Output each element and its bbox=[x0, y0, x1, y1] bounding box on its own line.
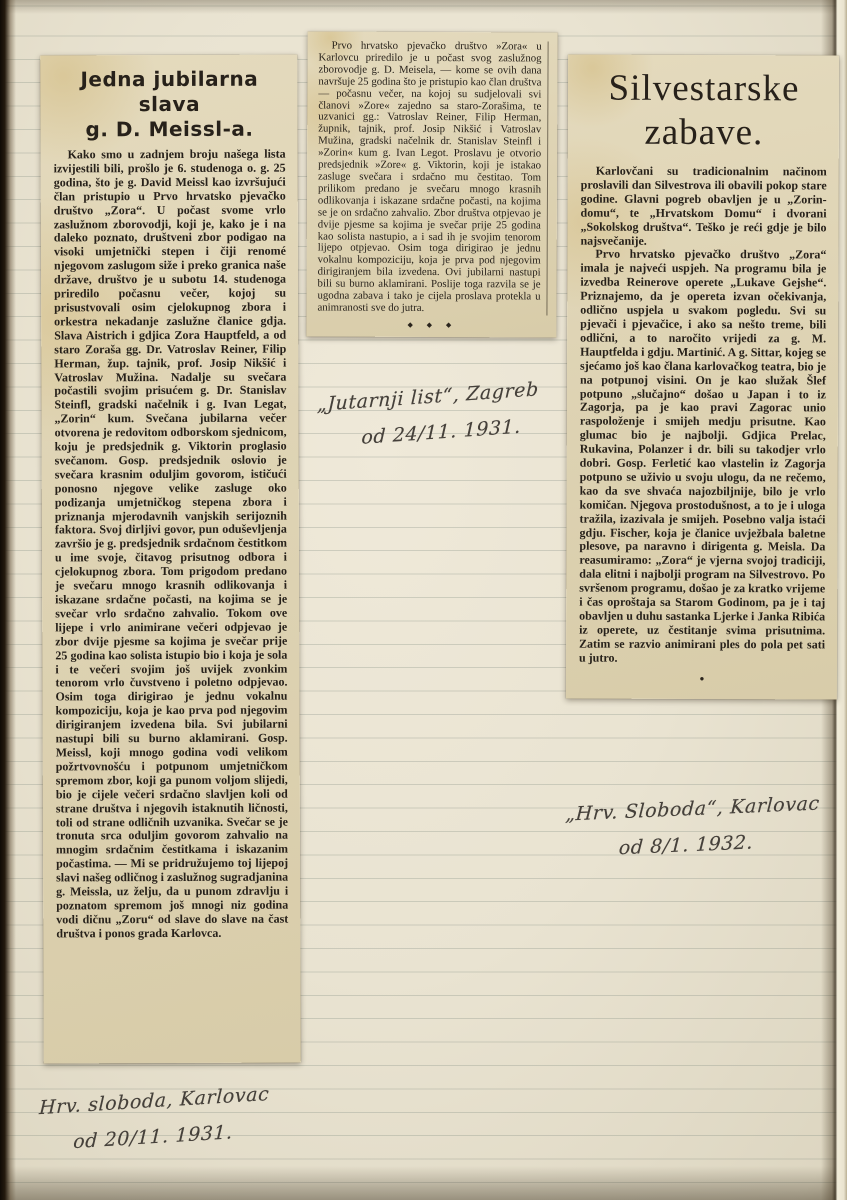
clipping-left-title-line2: g. D. Meissl-a. bbox=[85, 117, 253, 142]
clipping-middle-body: Prvo hrvatsko pjevačko društvo »Zora« u … bbox=[317, 41, 548, 316]
page-bottom-shadow bbox=[0, 1166, 847, 1200]
handwritten-source-note-right: „Hrv. Sloboda“, Karlovac od 8/1. 1932. bbox=[565, 792, 822, 861]
end-mark-dot: ● bbox=[579, 673, 825, 683]
clipping-right-paragraph-1: Karlovčani su tradicionalnim načinom pro… bbox=[580, 165, 826, 249]
clipping-left-title: Jedna jubilarna slava g. D. Meissl-a. bbox=[53, 67, 285, 143]
clipping-left-title-line1: Jedna jubilarna slava bbox=[80, 67, 258, 116]
clipping-right-title-line2: zabave. bbox=[644, 112, 763, 153]
clipping-right-paragraph-2: Prvo hrvatsko pjevačko društvo „Zora“ im… bbox=[579, 248, 826, 666]
clipping-left-body: Kako smo u zadnjem broju našega lista iz… bbox=[54, 148, 289, 941]
clipping-right-title: Silvestarske zabave. bbox=[581, 67, 827, 156]
clipping-silvester-article: Silvestarske zabave. Karlovčani su tradi… bbox=[566, 55, 839, 700]
clipping-jutarnji-list-article: Prvo hrvatsko pjevačko društvo »Zora« u … bbox=[306, 31, 557, 337]
clipping-right-body: Karlovčani su tradicionalnim načinom pro… bbox=[579, 165, 827, 666]
page-top-shadow bbox=[0, 0, 847, 14]
scrapbook-page: Jedna jubilarna slava g. D. Meissl-a. Ka… bbox=[0, 0, 847, 1200]
book-binding-edge bbox=[0, 0, 16, 1200]
clipping-right-title-line1: Silvestarske bbox=[609, 68, 800, 110]
clipping-jubilee-article: Jedna jubilarna slava g. D. Meissl-a. Ka… bbox=[40, 55, 301, 1064]
ornament-divider: ◆ ◆ ◆ bbox=[317, 320, 547, 329]
